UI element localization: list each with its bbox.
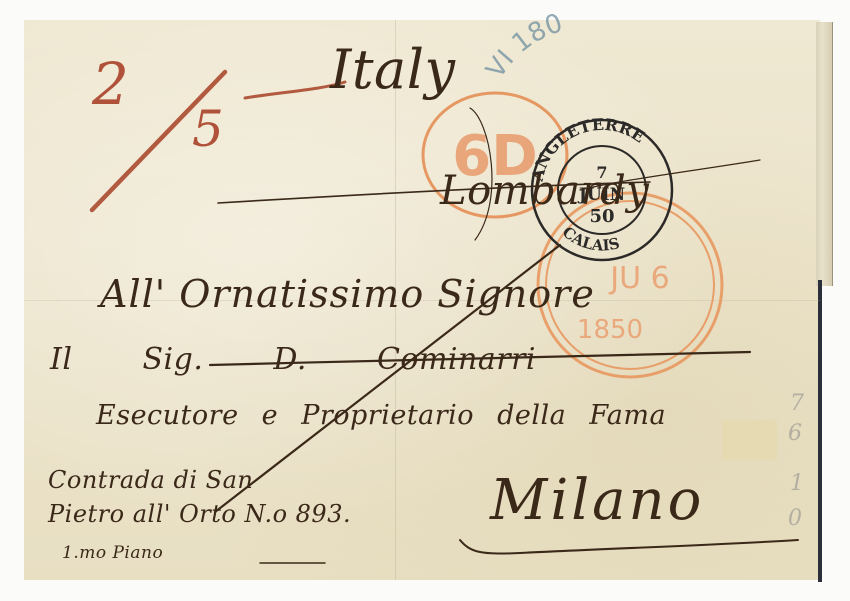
routing-lombardy: Lombardy	[440, 168, 649, 214]
address-salutation: All' Ornatissimo Signore	[100, 272, 595, 316]
pencil-notes: 7 6 1 0	[788, 391, 804, 531]
address-street-3: 1.mo Piano	[62, 543, 163, 563]
address-city: Milano	[490, 468, 704, 533]
manuscript-rate-2: 2	[92, 50, 129, 118]
address-street-2: Pietro all' Orto N.o 893.	[48, 500, 351, 528]
manuscript-rate-5: 5	[192, 100, 224, 158]
svg-text:JU 6: JU 6	[608, 261, 669, 296]
svg-text:1850: 1850	[577, 315, 643, 345]
routing-italy: Italy	[330, 38, 456, 101]
svg-text:6: 6	[788, 421, 802, 446]
svg-text:VI 180: VI 180	[481, 8, 567, 84]
address-crossed-out: Il Sig. D. Cominarri	[50, 342, 536, 377]
svg-text:7: 7	[790, 391, 804, 416]
address-street-1: Contrada di San	[48, 466, 253, 494]
postal-cover-photo: 6D JU 6 1850 VI 180 ANGLETERRE C	[0, 0, 850, 601]
svg-text:1: 1	[790, 471, 804, 496]
address-title: Esecutore e Proprietario della Fama	[96, 400, 666, 431]
paper-stain	[722, 420, 777, 460]
svg-text:0: 0	[788, 506, 802, 531]
